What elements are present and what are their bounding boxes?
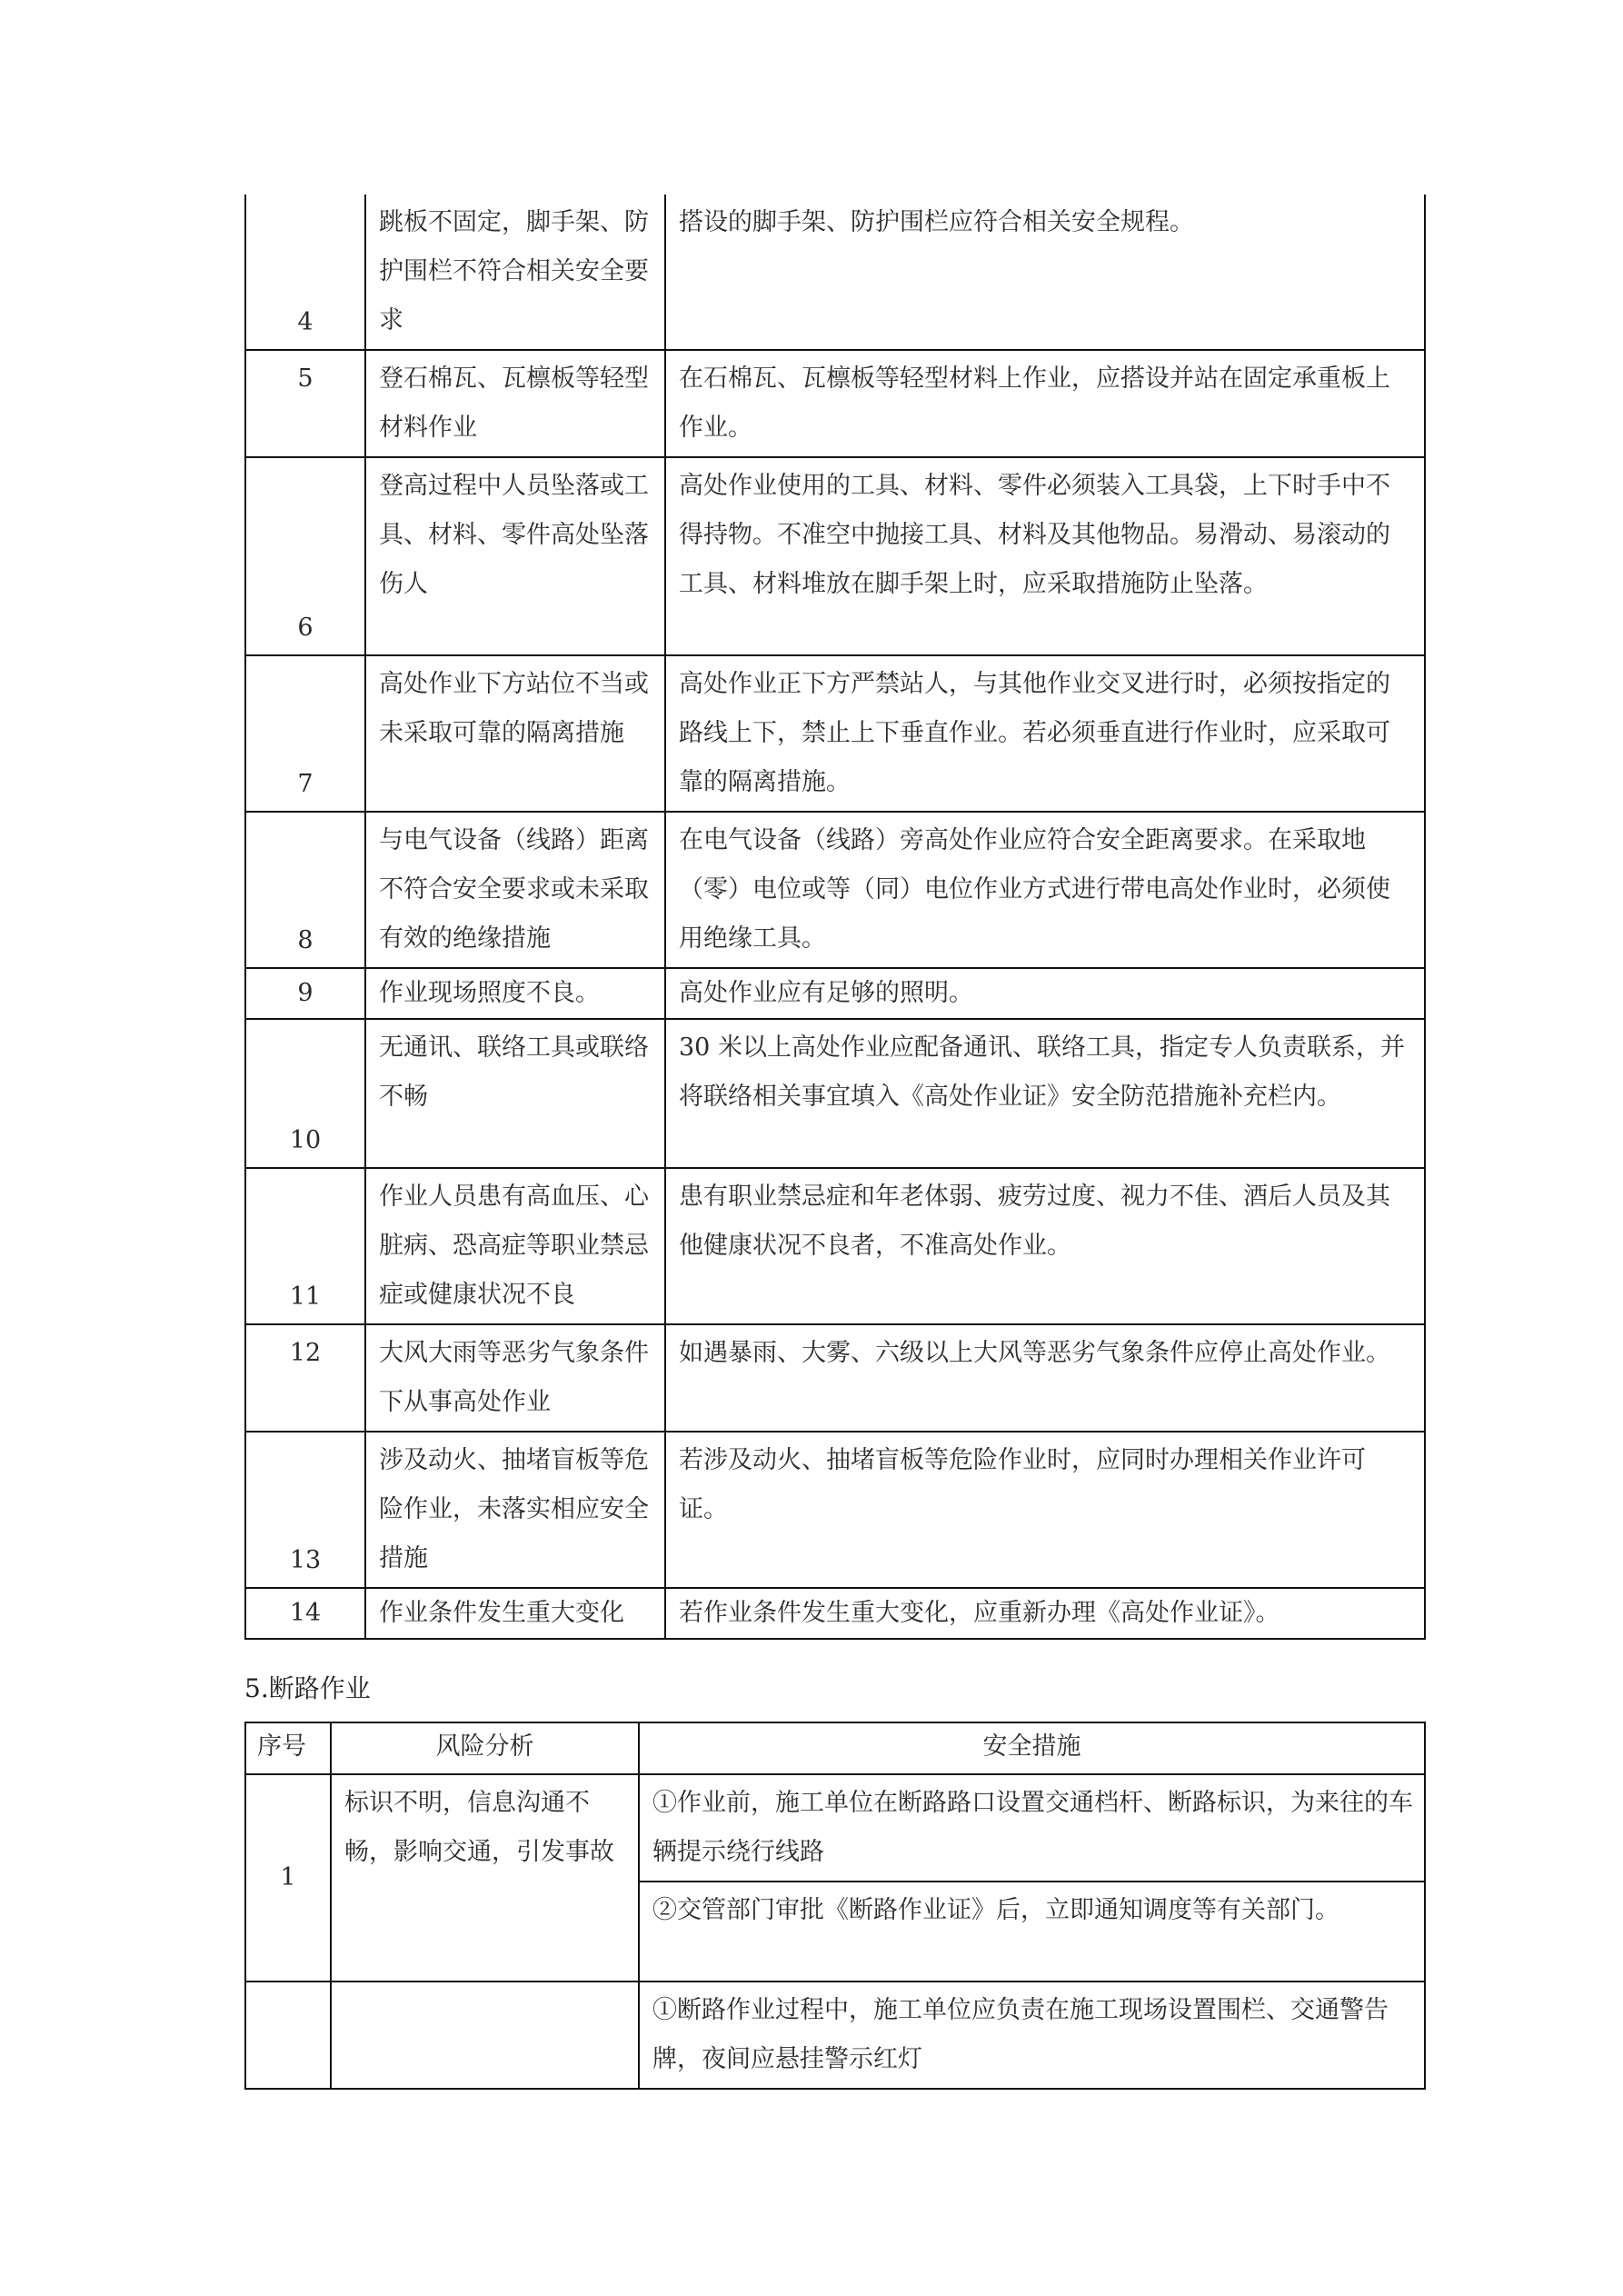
row-number: 10 bbox=[245, 1019, 365, 1168]
safety-measure-cell: 高处作业应有足够的照明。 bbox=[665, 968, 1425, 1019]
row-number: 5 bbox=[245, 350, 365, 457]
row-number: 7 bbox=[245, 655, 365, 812]
safety-measure-cell: 若作业条件发生重大变化，应重新办理《高处作业证》。 bbox=[665, 1588, 1425, 1639]
risk-analysis-cell: 登石棉瓦、瓦檩板等轻型材料作业 bbox=[365, 350, 665, 457]
row-number: 14 bbox=[245, 1588, 365, 1639]
document-page: 4 跳板不固定，脚手架、防护围栏不符合相关安全要求 搭设的脚手架、防护围栏应符合… bbox=[0, 0, 1623, 2296]
row-number: 12 bbox=[245, 1324, 365, 1432]
safety-measure-cell: 患有职业禁忌症和年老体弱、疲劳过度、视力不佳、酒后人员及其他健康状况不良者，不准… bbox=[665, 1168, 1425, 1324]
header-risk-analysis: 风险分析 bbox=[331, 1722, 639, 1774]
table-row: 5 登石棉瓦、瓦檩板等轻型材料作业 在石棉瓦、瓦檩板等轻型材料上作业，应搭设并站… bbox=[245, 350, 1425, 457]
row-number: 9 bbox=[245, 968, 365, 1019]
risk-analysis-cell bbox=[331, 1982, 639, 2089]
risk-analysis-cell: 与电气设备（线路）距离不符合安全要求或未采取有效的绝缘措施 bbox=[365, 812, 665, 968]
table-header-row: 序号 风险分析 安全措施 bbox=[245, 1722, 1425, 1774]
safety-measure-cell: 若涉及动火、抽堵盲板等危险作业时，应同时办理相关作业许可证。 bbox=[665, 1432, 1425, 1588]
row-number: 1 bbox=[245, 1774, 331, 1982]
risk-analysis-cell: 高处作业下方站位不当或未采取可靠的隔离措施 bbox=[365, 655, 665, 812]
header-no: 序号 bbox=[245, 1722, 331, 1774]
risk-analysis-cell: 跳板不固定，脚手架、防护围栏不符合相关安全要求 bbox=[365, 195, 665, 350]
safety-measure-cell: 高处作业正下方严禁站人，与其他作业交叉进行时，必须按指定的路线上下，禁止上下垂直… bbox=[665, 655, 1425, 812]
table-row: 8 与电气设备（线路）距离不符合安全要求或未采取有效的绝缘措施 在电气设备（线路… bbox=[245, 812, 1425, 968]
table-row: 9 作业现场照度不良。 高处作业应有足够的照明。 bbox=[245, 968, 1425, 1019]
safety-measure-cell: ①断路作业过程中，施工单位应负责在施工现场设置围栏、交通警告牌，夜间应悬挂警示红… bbox=[639, 1982, 1425, 2089]
table-row: 6 登高过程中人员坠落或工具、材料、零件高处坠落伤人 高处作业使用的工具、材料、… bbox=[245, 457, 1425, 655]
row-number: 11 bbox=[245, 1168, 365, 1324]
risk-analysis-cell: 无通讯、联络工具或联络不畅 bbox=[365, 1019, 665, 1168]
safety-measure-cell: 在电气设备（线路）旁高处作业应符合安全距离要求。在采取地（零）电位或等（同）电位… bbox=[665, 812, 1425, 968]
row-number: 8 bbox=[245, 812, 365, 968]
road-closure-risk-table: 序号 风险分析 安全措施 1 标识不明，信息沟通不畅，影响交通，引发事故 ①作业… bbox=[244, 1722, 1426, 2090]
table-row: 11 作业人员患有高血压、心脏病、恐高症等职业禁忌症或健康状况不良 患有职业禁忌… bbox=[245, 1168, 1425, 1324]
risk-analysis-cell: 作业现场照度不良。 bbox=[365, 968, 665, 1019]
safety-measure-cell: 高处作业使用的工具、材料、零件必须装入工具袋，上下时手中不得持物。不准空中抛接工… bbox=[665, 457, 1425, 655]
risk-analysis-cell: 作业条件发生重大变化 bbox=[365, 1588, 665, 1639]
table-row: 10 无通讯、联络工具或联络不畅 30 米以上高处作业应配备通讯、联络工具，指定… bbox=[245, 1019, 1425, 1168]
safety-measure-cell: ①作业前，施工单位在断路路口设置交通档杆、断路标识，为来往的车辆提示绕行线路 bbox=[639, 1774, 1425, 1882]
safety-measure-cell: 搭设的脚手架、防护围栏应符合相关安全规程。 bbox=[665, 195, 1425, 350]
safety-measure-cell: 在石棉瓦、瓦檩板等轻型材料上作业，应搭设并站在固定承重板上作业。 bbox=[665, 350, 1425, 457]
risk-analysis-cell: 大风大雨等恶劣气象条件下从事高处作业 bbox=[365, 1324, 665, 1432]
table-row: 12 大风大雨等恶劣气象条件下从事高处作业 如遇暴雨、大雾、六级以上大风等恶劣气… bbox=[245, 1324, 1425, 1432]
header-safety-measures: 安全措施 bbox=[639, 1722, 1425, 1774]
table-row: 4 跳板不固定，脚手架、防护围栏不符合相关安全要求 搭设的脚手架、防护围栏应符合… bbox=[245, 195, 1425, 350]
row-number bbox=[245, 1982, 331, 2089]
table-row: 13 涉及动火、抽堵盲板等危险作业，未落实相应安全措施 若涉及动火、抽堵盲板等危… bbox=[245, 1432, 1425, 1588]
risk-analysis-cell: 涉及动火、抽堵盲板等危险作业，未落实相应安全措施 bbox=[365, 1432, 665, 1588]
risk-analysis-cell: 作业人员患有高血压、心脏病、恐高症等职业禁忌症或健康状况不良 bbox=[365, 1168, 665, 1324]
height-work-risk-table-continued: 4 跳板不固定，脚手架、防护围栏不符合相关安全要求 搭设的脚手架、防护围栏应符合… bbox=[244, 195, 1426, 1640]
table-row: 14 作业条件发生重大变化 若作业条件发生重大变化，应重新办理《高处作业证》。 bbox=[245, 1588, 1425, 1639]
table-row: 1 标识不明，信息沟通不畅，影响交通，引发事故 ①作业前，施工单位在断路路口设置… bbox=[245, 1774, 1425, 1882]
safety-measure-cell: 30 米以上高处作业应配备通讯、联络工具，指定专人负责联系，并将联络相关事宜填入… bbox=[665, 1019, 1425, 1168]
table-row: ①断路作业过程中，施工单位应负责在施工现场设置围栏、交通警告牌，夜间应悬挂警示红… bbox=[245, 1982, 1425, 2089]
row-number: 6 bbox=[245, 457, 365, 655]
safety-measure-cell: 如遇暴雨、大雾、六级以上大风等恶劣气象条件应停止高处作业。 bbox=[665, 1324, 1425, 1432]
risk-analysis-cell: 登高过程中人员坠落或工具、材料、零件高处坠落伤人 bbox=[365, 457, 665, 655]
row-number: 13 bbox=[245, 1432, 365, 1588]
section-heading: 5.断路作业 bbox=[244, 1671, 371, 1707]
safety-measure-cell: ②交管部门审批《断路作业证》后，立即通知调度等有关部门。 bbox=[639, 1882, 1425, 1982]
risk-analysis-cell: 标识不明，信息沟通不畅，影响交通，引发事故 bbox=[331, 1774, 639, 1982]
table-row: 7 高处作业下方站位不当或未采取可靠的隔离措施 高处作业正下方严禁站人，与其他作… bbox=[245, 655, 1425, 812]
row-number: 4 bbox=[245, 195, 365, 350]
